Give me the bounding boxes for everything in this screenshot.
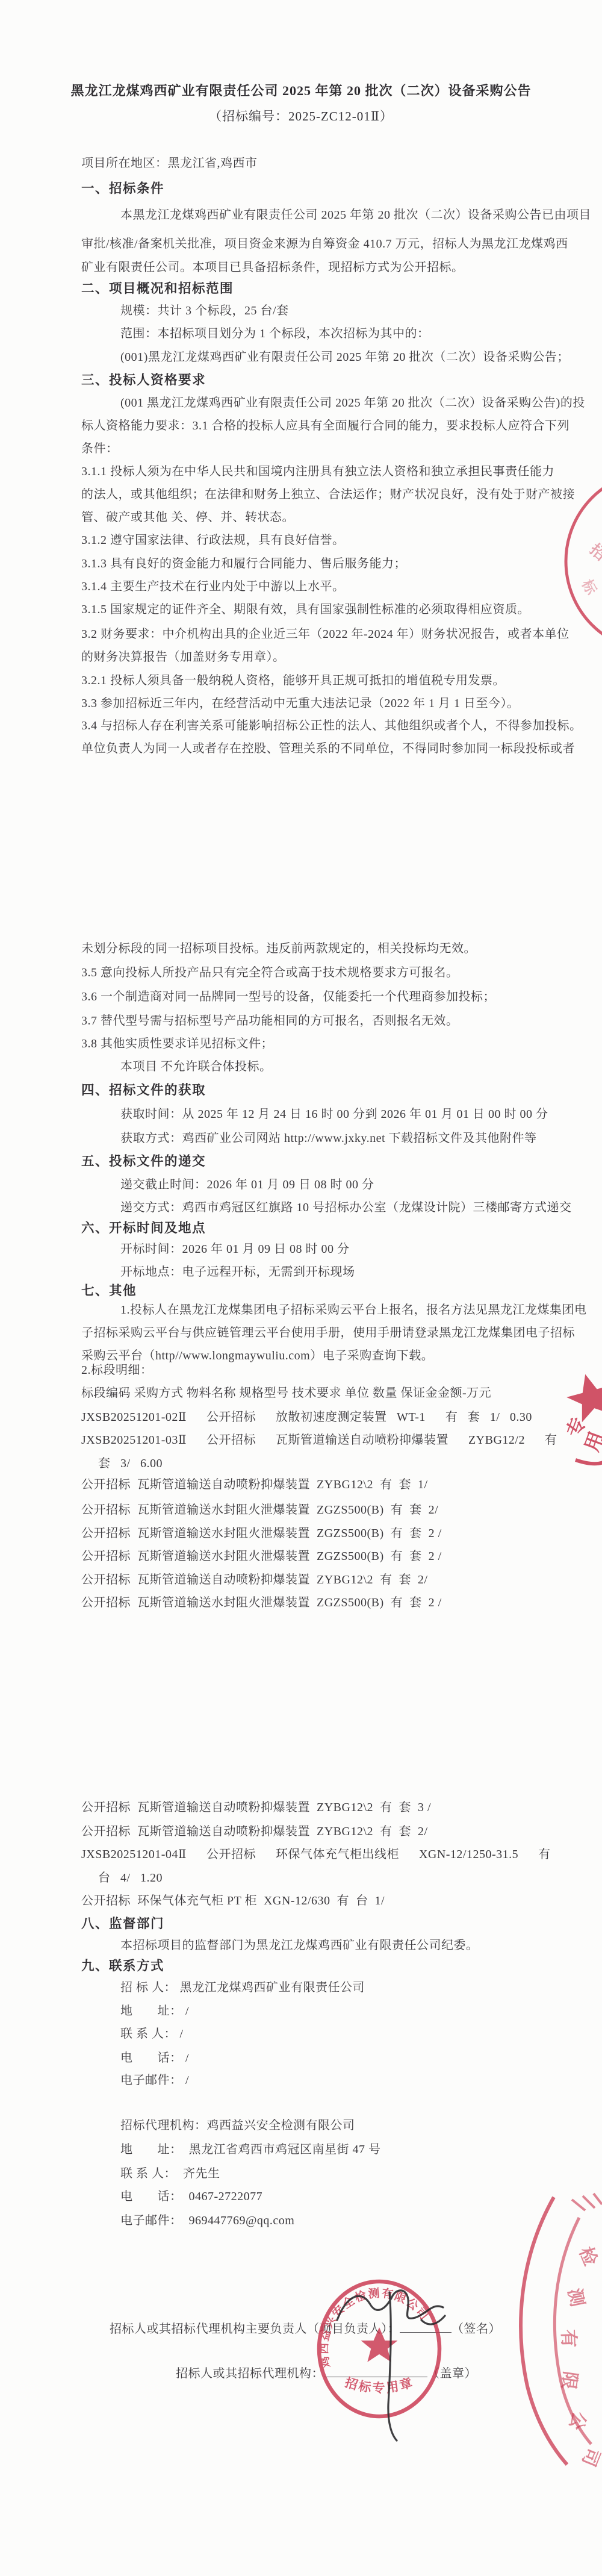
text-line: 3.5 意向投标人所投产品只有完全符合或高于技术规格要求方可报名。 [81,965,459,981]
text-line: 公开招标 环保气体充气柜 PT 柜 XGN-12/630 有 台 1/ [81,1893,385,1909]
text-line: 3.1.5 国家规定的证件齐全、期限有效，具有国家强制性标准的必须取得相应资质。 [81,602,530,617]
text-line: (001)黑龙江龙煤鸡西矿业有限责任公司 2025 年第 20 批次（二次）设备… [120,349,569,365]
svg-text:公: 公 [565,2409,589,2432]
text-line: 3.6 一个制造商对同一品牌同一型号的设备，仅能委托一个代理商参加投标； [81,989,495,1005]
text-line: 递交截止时间：2026 年 01 月 09 日 08 时 00 分 [120,1177,374,1193]
text-line: 3.4 与招标人存在利害关系可能影响招标公正性的法人、其他组织或者个人，不得参加… [81,718,582,734]
section-heading: 四、招标文件的获取 [81,1082,206,1098]
star-icon [562,1368,602,1424]
signoff-leader-line: 招标人或其招标代理机构主要负责人（项目负责人）：（签名） [96,2306,501,2353]
text-line: 单位负责人为同一人或者存在控股、管理关系的不同单位，不得同时参加同一标段投标或者 [81,741,575,756]
text-line: 招 标 人： 黑龙江龙煤鸡西矿业有限责任公司 [120,1980,365,1995]
signoff-seal-suffix: （盖章） [427,2367,477,2380]
text-line: 地 址： 黑龙江省鸡西市鸡冠区南星街 47 号 [120,2142,381,2157]
text-line: 3.1.4 主要生产技术在行业内处于中游以上水平。 [81,579,345,594]
signature-blank-line [400,2321,451,2333]
text-line: 3.8 其他实质性要求详见招标文件； [81,1036,273,1052]
text-line: 2.标段明细： [81,1362,153,1378]
text-line: 3.3 参加招标近三年内，在经营活动中无重大违法记录（2022 年 1 月 1 … [81,696,520,711]
text-line: 电 话： / [120,2050,189,2066]
text-line: 范围：本招标项目划分为 1 个标段，本次招标为其中的： [120,326,430,341]
text-line: 公开招标 瓦斯管道输送自动喷粉抑爆装置 ZYBG12\2 有 套 2/ [81,1824,428,1839]
text-line: 3.1.2 遵守国家法律、行政法规，具有良好信誉。 [81,532,345,548]
signoff-agency-label: 招标人或其招标代理机构： [176,2367,324,2380]
text-line: 未划分标段的同一招标项目投标。违反前两款规定的，相关投标均无效。 [81,941,476,956]
seal-blank-line [324,2366,427,2377]
text-line: 招标代理机构：鸡西益兴安全检测有限公司 [120,2118,355,2133]
text-line: 电子邮件： 969447769@qq.com [120,2213,294,2228]
text-line: 1.投标人在黑龙江龙煤集团电子招标采购云平台上报名，报名方法见黑龙江龙煤集团电 [120,1302,587,1318]
tender-number-line: （招标编号：2025-ZC12-01Ⅱ） [0,108,602,124]
text-line: 联 系 人： 齐先生 [120,2166,220,2181]
text-line: 3.2.1 投标人须具备一般纳税人资格，能够开具正规可抵扣的增值税专用发票。 [81,673,505,688]
text-line: 台 4/ 1.20 [98,1870,163,1886]
text-line: 地 址： / [120,2003,189,2019]
text-line: 3.7 替代型号需与招标型号产品功能相同的方可报名，否则报名无效。 [81,1013,459,1029]
text-line: 标人资格能力要求：3.1 合格的投标人应具有全面履行合同的能力，要求投标人应符合… [81,418,569,434]
text-line: 3.2 财务要求：中介机构出具的企业近三年（2022 年-2024 年）财务状况… [81,626,569,642]
text-line: 3.1.3 具有良好的资金能力和履行合同能力、售后服务能力； [81,556,406,572]
text-line: JXSB20251201-03Ⅱ 公开招标 瓦斯管道输送自动喷粉抑爆装置 ZYB… [81,1432,557,1448]
text-line: 采购云平台（http//www.longmaywuliu.com）电子采购查询下… [81,1348,433,1364]
text-line: 获取方式：鸡西矿业公司网站 http://www.jxky.net 下载招标文件… [120,1131,537,1146]
signoff-sign-suffix: （签名） [451,2322,501,2336]
section-heading: 一、招标条件 [81,181,164,196]
section-heading: 八、监督部门 [81,1916,164,1932]
text-line: 电 话： 0467-2722077 [120,2189,262,2204]
document-title: 黑龙江龙煤鸡西矿业有限责任公司 2025 年第 20 批次（二次）设备采购公告 [0,83,602,99]
section-heading: 九、联系方式 [81,1958,164,1974]
text-line: JXSB20251201-04Ⅱ 公开招标 环保气体充气柜出线柜 XGN-12/… [81,1847,551,1862]
text-line: 电子邮件： / [120,2072,189,2088]
text-line: 获取时间：从 2025 年 12 月 24 日 16 时 00 分到 2026 … [120,1106,548,1122]
text-line: 管、破产或其他 关、停、并、转状态。 [81,510,294,525]
text-line: 公开招标 瓦斯管道输送水封阻火泄爆装置 ZGZS500(B) 有 套 2/ [81,1502,438,1518]
svg-text:标: 标 [578,576,600,598]
section-heading: 六、开标时间及地点 [81,1220,206,1236]
text-line: 公开招标 瓦斯管道输送自动喷粉抑爆装置 ZYBG12\2 有 套 3 / [81,1800,431,1815]
text-line: 规模：共计 3 个标段，25 台/套 [120,303,289,319]
text-line: (001 黑龙江龙煤鸡西矿业有限责任公司 2025 年第 20 批次（二次）设备… [120,395,585,411]
text-line: 矿业有限责任公司。本项目已具备招标条件，现招标方式为公开招标。 [81,260,464,275]
text-line: 公开招标 瓦斯管道输送自动喷粉抑爆装置 ZYBG12\2 有 套 1/ [81,1477,428,1492]
text-line: 公开招标 瓦斯管道输送水封阻火泄爆装置 ZGZS500(B) 有 套 2 / [81,1548,442,1564]
text-line: 公开招标 瓦斯管道输送水封阻火泄爆装置 ZGZS500(B) 有 套 2 / [81,1595,442,1611]
text-line: 本招标项目的监督部门为黑龙江龙煤鸡西矿业有限责任公司纪委。 [120,1938,479,1953]
text-line: 项目所在地区：黑龙江省,鸡西市 [81,155,258,171]
text-line: 公开招标 瓦斯管道输送自动喷粉抑爆装置 ZYBG12\2 有 套 2/ [81,1572,428,1588]
svg-text:专: 专 [563,1414,590,1439]
svg-text:限: 限 [558,2370,580,2390]
text-line: 标段编码 采购方式 物料名称 规格型号 技术要求 单位 数量 保证金金额-万元 [81,1385,491,1401]
stamp-fragment-side-icon: 专 用 [562,1368,602,1464]
signoff-agency-line: 招标人或其招标代理机构：（盖章） [163,2350,477,2397]
stamp-fragment-bottom-icon: 检 测 有 限 公 司 [521,2194,602,2469]
text-line: 开标时间：2026 年 01 月 09 日 08 时 00 分 [120,1241,350,1257]
text-line: 的财务决算报告（加盖财务专用章）。 [81,649,285,665]
text-line: 子招标采购云平台与供应链管理云平台使用手册，使用手册请登录黑龙江龙煤集团电子招标 [81,1325,575,1341]
section-heading: 二、项目概况和招标范围 [81,281,234,296]
text-line: 联 系 人： / [120,2026,184,2042]
text-line: 条件： [81,441,119,457]
text-line: 开标地点：电子远程开标，无需到开标现场 [120,1264,355,1280]
text-line: 递交方式：鸡西市鸡冠区红旗路 10 号招标办公室（龙煤设计院）三楼邮寄方式递交 [120,1200,572,1215]
section-heading: 七、其他 [81,1283,137,1299]
text-line: 本黑龙江龙煤鸡西矿业有限责任公司 2025 年第 20 批次（二次）设备采购公告… [120,207,591,223]
svg-text:招: 招 [586,540,602,564]
text-line: 公开招标 瓦斯管道输送水封阻火泄爆装置 ZGZS500(B) 有 套 2 / [81,1526,442,1541]
section-heading: 五、投标文件的递交 [81,1153,206,1169]
section-heading: 三、投标人资格要求 [81,372,206,388]
svg-text:司: 司 [578,2445,602,2469]
signoff-leader-label: 招标人或其招标代理机构主要负责人（项目负责人）： [110,2322,400,2336]
text-line: 3.1.1 投标人须为在中华人民共和国境内注册具有独立法人资格和独立承担民事责任… [81,464,554,479]
text-line: JXSB20251201-02Ⅱ 公开招标 放散初速度测定装置 WT-1 有 套… [81,1409,532,1425]
scanned-tender-announcement-page: 黑龙江龙煤鸡西矿业有限责任公司 2025 年第 20 批次（二次）设备采购公告（… [0,0,602,2576]
svg-text:测: 测 [564,2287,588,2309]
text-line: 本项目 不允许联合体投标。 [120,1059,272,1074]
svg-text:有: 有 [558,2329,579,2348]
text-line: 审批/核准/备案机关批准，项目资金来源为自筹资金 410.7 万元，招标人为黑龙… [81,236,568,252]
svg-text:用: 用 [581,1429,602,1454]
text-line: 套 3/ 6.00 [98,1456,163,1471]
svg-text:检: 检 [576,2244,601,2268]
text-line: 的法人，或其他组织；在法律和财务上独立、合法运作；财产状况良好，没有处于财产被接 [81,487,575,502]
